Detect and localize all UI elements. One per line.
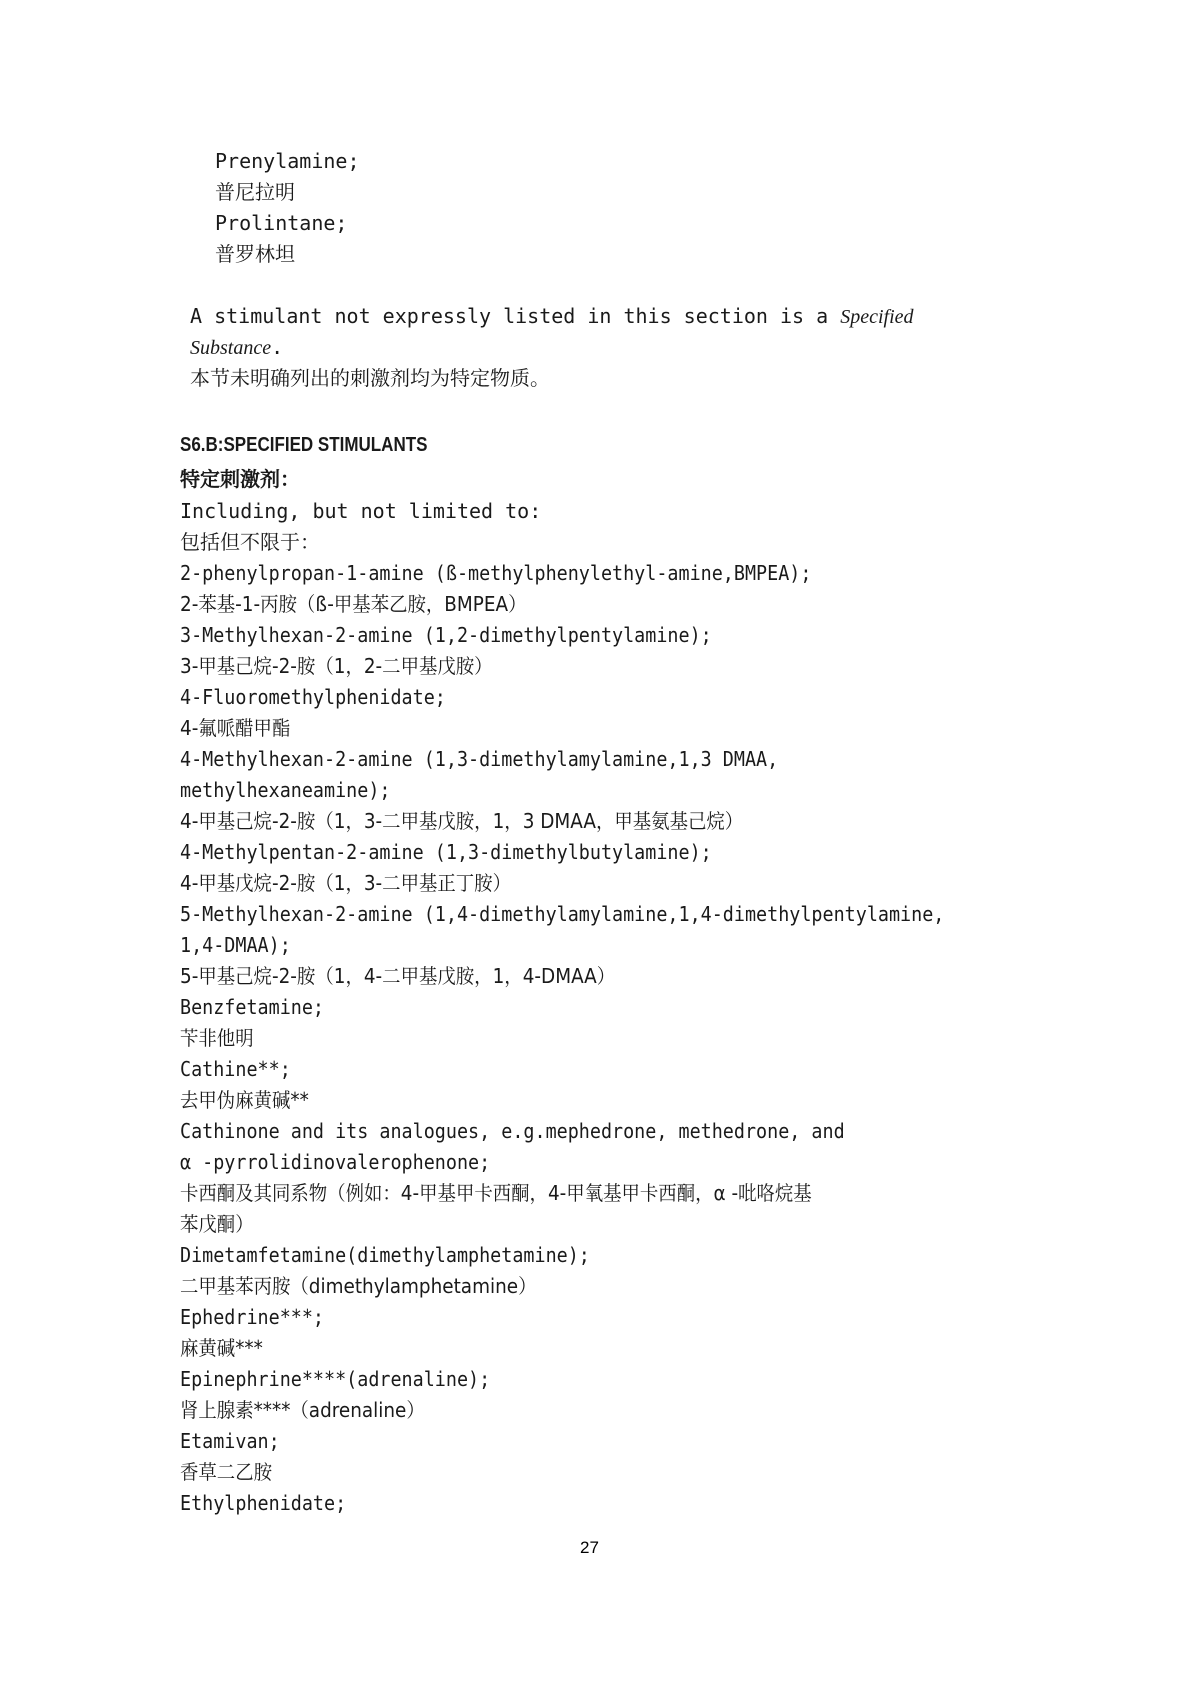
- list-item: 4-甲基戊烷-2-胺（1，3-二甲基正丁胺）: [180, 868, 511, 898]
- list-item: Ephedrine***;: [180, 1302, 324, 1332]
- list-item: 香草二乙胺: [180, 1457, 272, 1487]
- note-period: .: [271, 335, 283, 359]
- intro-cn: 包括但不限于：: [180, 527, 320, 557]
- list-item: 2-苯基-1-丙胺（ß-甲基苯乙胺，BMPEA）: [180, 589, 527, 619]
- list-item-cn: 普罗林坦: [215, 239, 295, 269]
- list-item: 1,4-DMAA);: [180, 930, 291, 960]
- list-item: Ethylphenidate;: [180, 1488, 346, 1518]
- list-item: 4-氟哌醋甲酯: [180, 713, 290, 743]
- list-item: 4-甲基己烷-2-胺（1，3-二甲基戊胺，1，3 DMAA，甲基氨基己烷）: [180, 806, 743, 836]
- list-item: Cathinone and its analogues, e.g.mephedr…: [180, 1116, 845, 1146]
- list-item: 3-甲基己烷-2-胺（1，2-二甲基戊胺）: [180, 651, 493, 681]
- note-text: A stimulant not expressly listed in this…: [190, 304, 840, 328]
- section-heading-cn: 特定刺激剂：: [180, 464, 300, 494]
- list-item: Benzfetamine;: [180, 992, 324, 1022]
- note-en: A stimulant not expressly listed in this…: [190, 301, 914, 332]
- list-item: 肾上腺素****（adrenaline）: [180, 1395, 425, 1425]
- list-item: 苄非他明: [180, 1023, 254, 1053]
- list-item: Etamivan;: [180, 1426, 280, 1456]
- section-heading-en: S6.B:SPECIFIED STIMULANTS: [180, 430, 427, 460]
- page-number: 27: [580, 1538, 599, 1558]
- list-item: 去甲伪麻黄碱**: [180, 1085, 309, 1115]
- note-term: Specified: [840, 306, 913, 328]
- note-term: Substance: [190, 337, 271, 359]
- list-item: 4-Methylpentan-2-amine (1,3-dimethylbuty…: [180, 837, 712, 867]
- list-item: 二甲基苯丙胺（dimethylamphetamine）: [180, 1271, 536, 1301]
- list-item: Dimetamfetamine(dimethylamphetamine);: [180, 1240, 590, 1270]
- list-item: 4-Fluoromethylphenidate;: [180, 682, 446, 712]
- list-item: 卡西酮及其同系物（例如：4-甲基甲卡西酮，4-甲氧基甲卡西酮，α -吡咯烷基: [180, 1178, 812, 1208]
- list-item: 4-Methylhexan-2-amine (1,3-dimethylamyla…: [180, 744, 778, 774]
- list-item: 麻黄碱***: [180, 1333, 263, 1363]
- list-item-cn: 普尼拉明: [215, 177, 295, 207]
- list-item: 5-甲基己烷-2-胺（1，4-二甲基戊胺，1，4-DMAA）: [180, 961, 615, 991]
- list-item-en: Prenylamine;: [215, 146, 360, 176]
- list-item-en: Prolintane;: [215, 208, 347, 238]
- list-item: 2-phenylpropan-1-amine (ß-methylphenylet…: [180, 558, 811, 588]
- list-item: Epinephrine****(adrenaline);: [180, 1364, 490, 1394]
- list-item: Cathine**;: [180, 1054, 291, 1084]
- list-item: 3-Methylhexan-2-amine (1,2-dimethylpenty…: [180, 620, 712, 650]
- note-cn: 本节未明确列出的刺激剂均为特定物质。: [190, 363, 550, 393]
- list-item: methylhexaneamine);: [180, 775, 390, 805]
- document-page: Prenylamine; 普尼拉明 Prolintane; 普罗林坦 A sti…: [0, 0, 1190, 1683]
- list-item: α -pyrrolidinovalerophenone;: [180, 1147, 490, 1177]
- list-item: 5-Methylhexan-2-amine (1,4-dimethylamyla…: [180, 899, 944, 929]
- list-item: 苯戊酮）: [180, 1209, 254, 1239]
- note-en-cont: Substance.: [190, 332, 283, 363]
- intro-en: Including, but not limited to:: [180, 496, 541, 526]
